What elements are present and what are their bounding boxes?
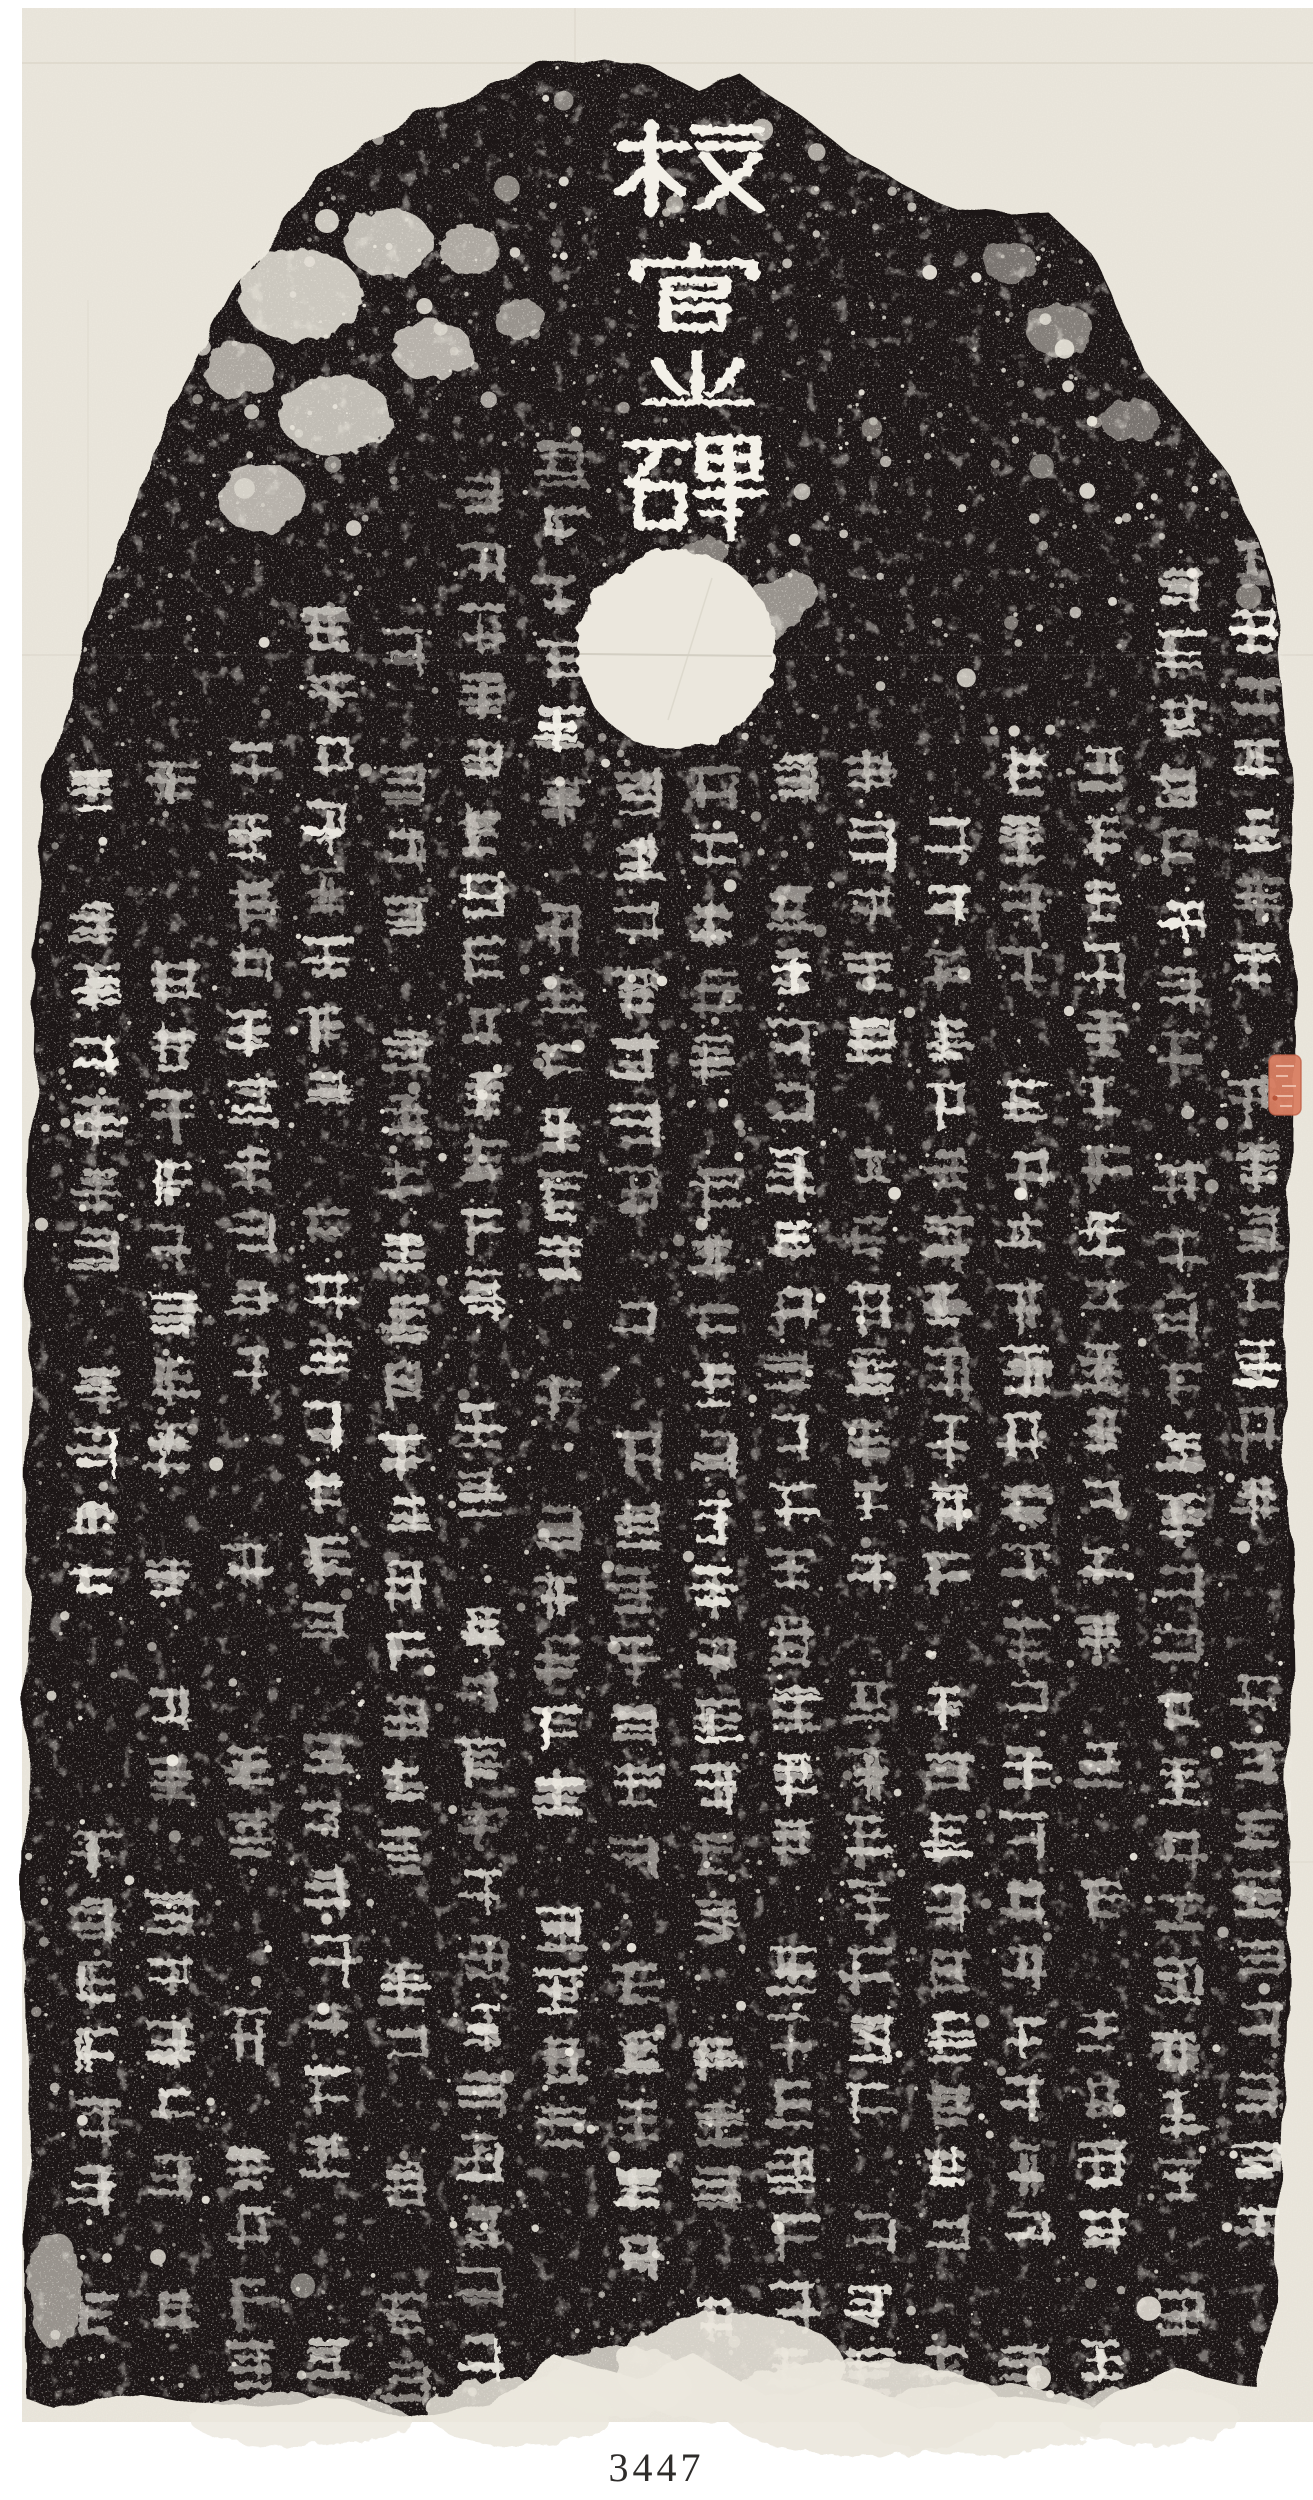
pseudo-glyph (146, 2020, 196, 2068)
pseudo-glyph (1237, 1941, 1285, 1975)
pseudo-glyph (459, 873, 504, 917)
pseudo-glyph (1085, 880, 1121, 922)
rubbing-image (0, 0, 1313, 2500)
pseudo-glyph (616, 2167, 660, 2209)
collector-seal (1269, 1055, 1301, 1115)
pseudo-glyph (611, 1964, 665, 2007)
pseudo-glyph (1156, 2291, 1203, 2336)
pseudo-glyph (1233, 1870, 1282, 1921)
pseudo-glyph (461, 1138, 508, 1181)
pseudo-glyph (775, 755, 816, 803)
pseudo-glyph (382, 1235, 426, 1271)
scanned-plate: 校官之碑 (0, 0, 1313, 2500)
plate-number: 3447 (0, 2444, 1313, 2491)
pseudo-glyph (1238, 1207, 1285, 1254)
pseudo-glyph (998, 816, 1046, 868)
pseudo-glyph (930, 1950, 969, 1997)
pseudo-glyph (842, 751, 896, 793)
pseudo-glyph (924, 1753, 973, 1789)
stele-hole (577, 551, 775, 749)
pseudo-glyph (383, 1697, 429, 1741)
pseudo-glyph (616, 2100, 659, 2142)
pseudo-glyph (150, 958, 200, 1004)
pseudo-glyph (927, 2147, 966, 2187)
pseudo-glyph (610, 1705, 657, 1746)
stele-rubbing (24, 46, 1308, 2456)
pseudo-glyph (383, 896, 428, 935)
pseudo-glyph (1083, 1408, 1121, 1453)
